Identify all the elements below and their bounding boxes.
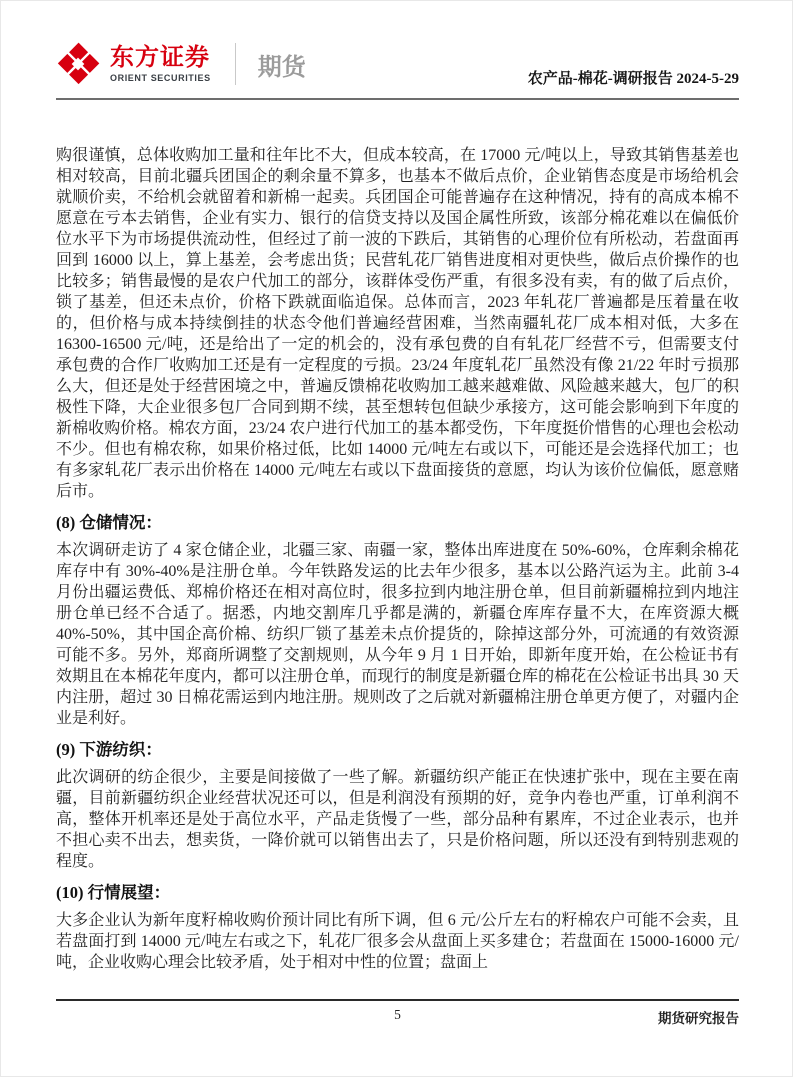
report-type-label: 期货研究报告 xyxy=(658,1007,739,1027)
brand-block: 东方证券 ORIENT SECURITIES 期货 xyxy=(56,39,306,89)
brand-divider xyxy=(235,43,236,85)
section-heading-downstream-textile: (9) 下游纺织： xyxy=(56,739,739,760)
page-footer: 5 期货研究报告 xyxy=(56,999,739,1027)
brand-name-cn: 东方证券 xyxy=(110,46,211,70)
section-paragraph-market-outlook: 大多企业认为新年度籽棉收购价预计同比有所下调，但 6 元/公斤左右的籽棉农户可能… xyxy=(56,910,739,973)
orient-securities-diamond-logo-icon xyxy=(56,39,100,89)
intro-paragraph: 购很谨慎，总体收购加工量和往年比不大，但成本较高，在 17000 元/吨以上，导… xyxy=(56,145,739,502)
division-label: 期货 xyxy=(258,47,306,82)
page-header: 东方证券 ORIENT SECURITIES 期货 农产品-棉花-调研报告 20… xyxy=(56,39,739,100)
page-number: 5 xyxy=(56,1007,739,1023)
section-paragraph-warehousing: 本次调研走访了 4 家仓储企业，北疆三家、南疆一家，整体出库进度在 50%-60… xyxy=(56,540,739,729)
section-paragraph-downstream-textile: 此次调研的纺企很少，主要是间接做了一些了解。新疆纺织产能正在快速扩张中，现在主要… xyxy=(56,767,739,872)
brand-text: 东方证券 ORIENT SECURITIES xyxy=(110,46,211,83)
report-body: 购很谨慎，总体收购加工量和往年比不大，但成本较高，在 17000 元/吨以上，导… xyxy=(56,145,739,973)
section-heading-warehousing: (8) 仓储情况： xyxy=(56,512,739,533)
brand-name-en: ORIENT SECURITIES xyxy=(110,74,211,83)
report-title-label: 农产品-棉花-调研报告 2024-5-29 xyxy=(528,67,739,89)
section-heading-market-outlook: (10) 行情展望： xyxy=(56,882,739,903)
report-page: 东方证券 ORIENT SECURITIES 期货 农产品-棉花-调研报告 20… xyxy=(0,0,793,1077)
header-rule xyxy=(56,98,739,100)
